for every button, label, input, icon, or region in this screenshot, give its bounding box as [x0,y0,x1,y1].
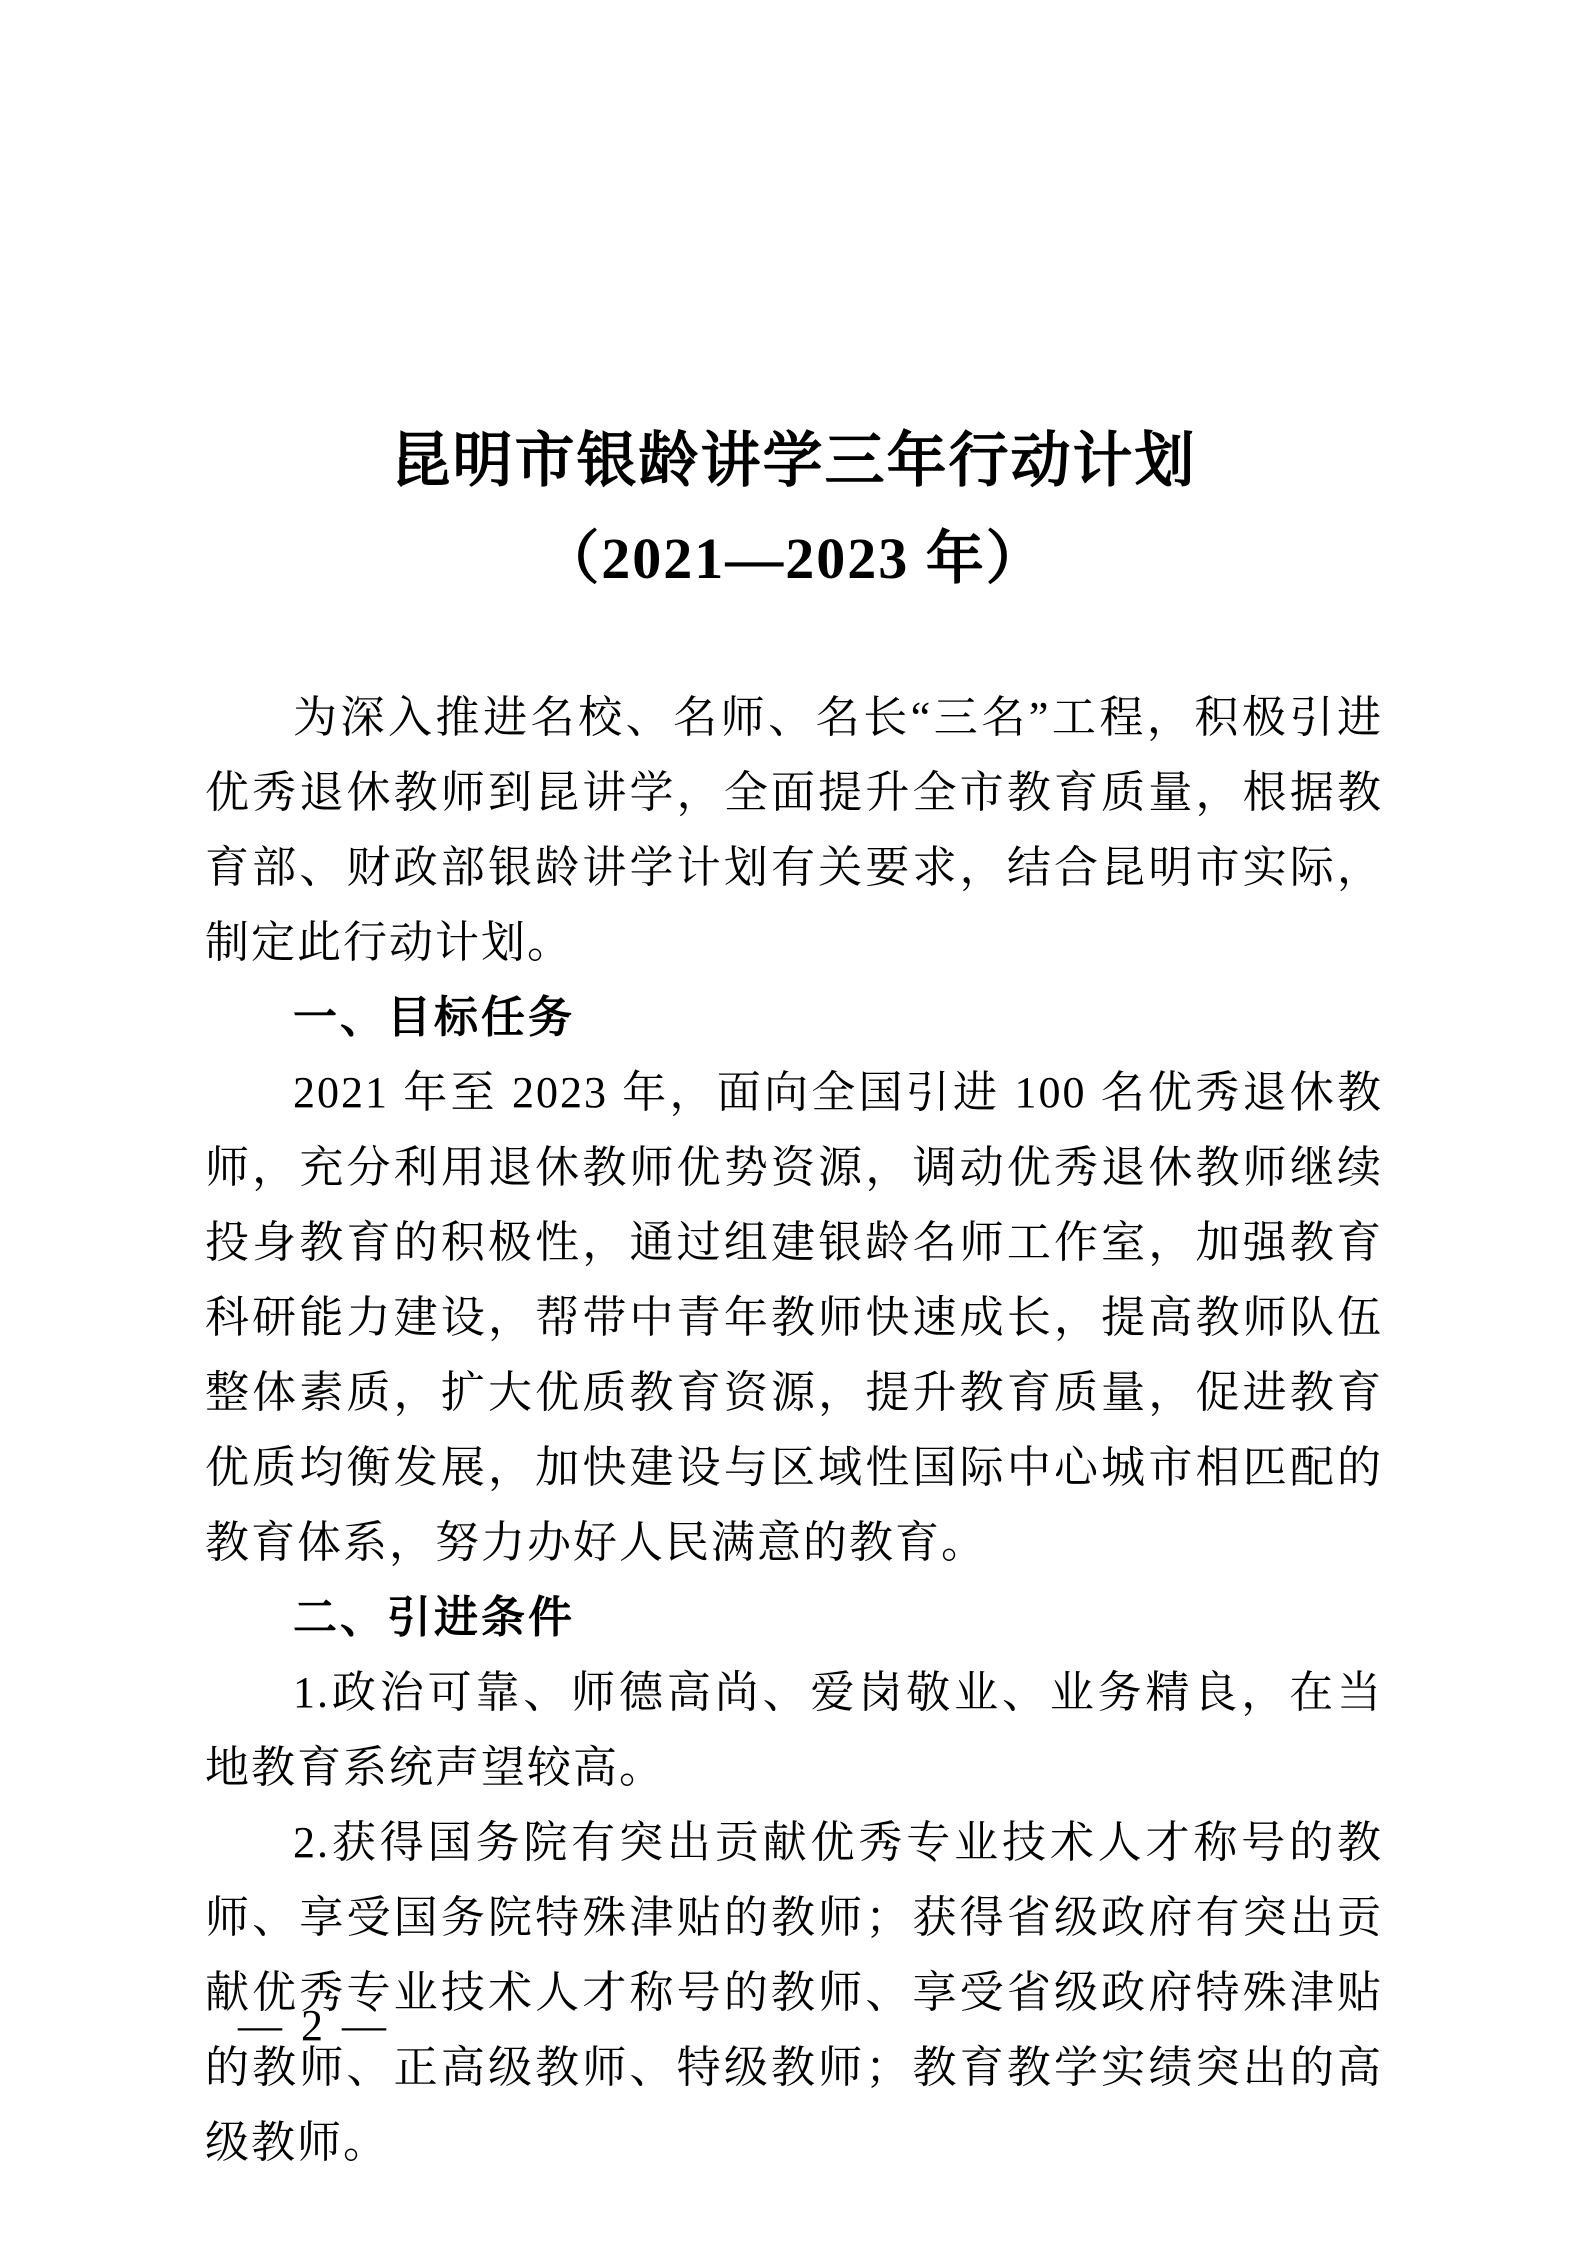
page-number: — 2 — [238,2002,390,2050]
document-subtitle: （2021—2023 年） [0,524,1587,594]
condition-item-1: 1.政治可靠、师德高尚、爱岗敬业、业务精良，在当地教育系统声望较高。 [205,1655,1383,1805]
condition-item-2: 2.获得国务院有突出贡献优秀专业技术人才称号的教师、享受国务院特殊津贴的教师；获… [205,1805,1383,2180]
document-body: 为深入推进名校、名师、名长“三名”工程，积极引进优秀退休教师到昆讲学，全面提升全… [205,680,1383,2180]
document-title: 昆明市银龄讲学三年行动计划 [0,426,1587,496]
document-page: 昆明市银龄讲学三年行动计划 （2021—2023 年） 为深入推进名校、名师、名… [0,0,1587,2245]
section-heading-goals: 一、目标任务 [205,980,1383,1055]
section-heading-conditions: 二、引进条件 [205,1580,1383,1655]
intro-paragraph: 为深入推进名校、名师、名长“三名”工程，积极引进优秀退休教师到昆讲学，全面提升全… [205,680,1383,980]
goals-paragraph: 2021 年至 2023 年，面向全国引进 100 名优秀退休教师，充分利用退休… [205,1055,1383,1580]
